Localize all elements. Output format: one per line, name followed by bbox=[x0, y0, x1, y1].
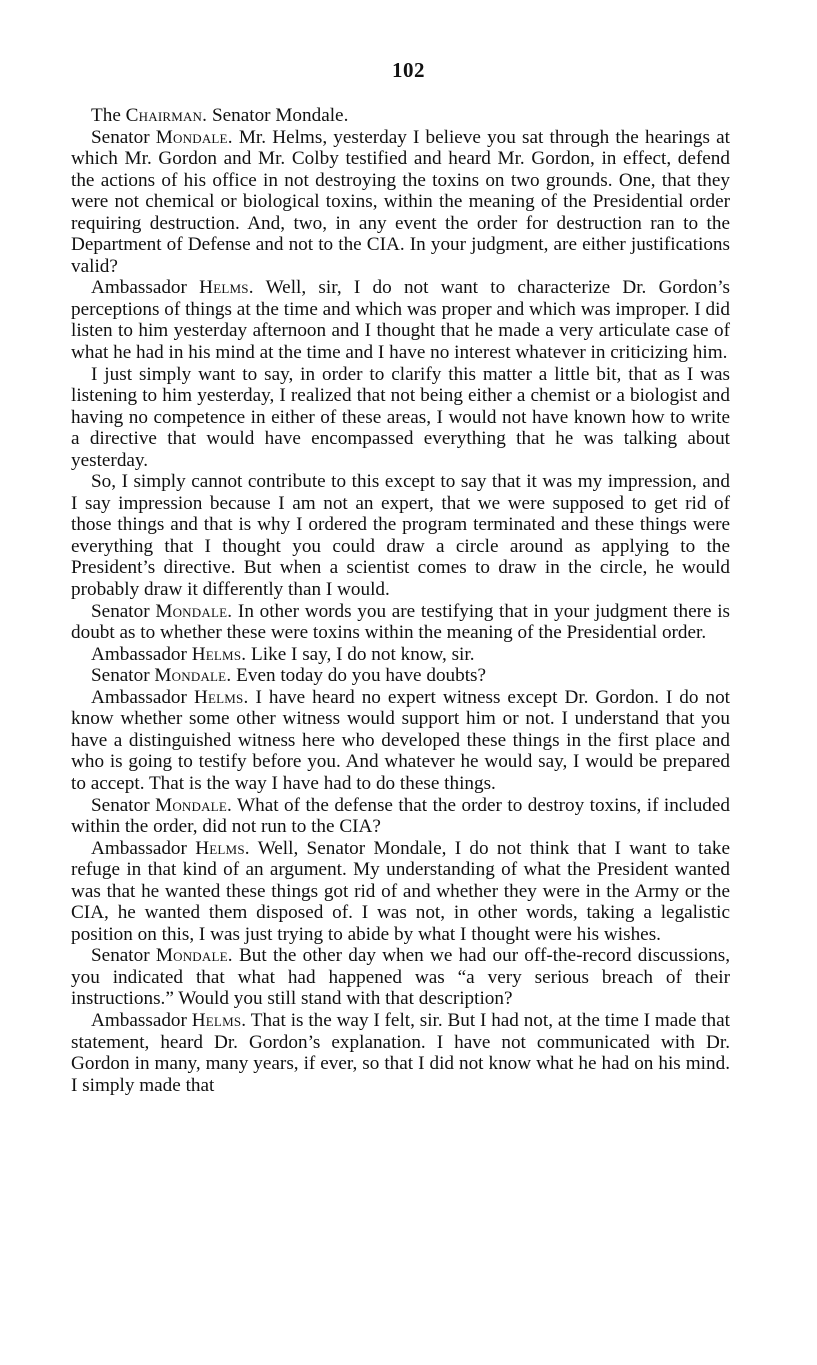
speaker-name: Helms. bbox=[194, 687, 249, 708]
speaker-title: Senator bbox=[91, 945, 150, 966]
paragraph-text: Even today do you have doubts? bbox=[231, 665, 486, 686]
transcript-body: The Chairman. Senator Mondale. Senator M… bbox=[71, 105, 730, 1096]
paragraph-mondale-question-5: Senator Mondale. But the other day when … bbox=[71, 945, 730, 1010]
paragraph-mondale-question-1: Senator Mondale. Mr. Helms, yesterday I … bbox=[71, 127, 730, 278]
paragraph-mondale-question-4: Senator Mondale. What of the defense tha… bbox=[71, 795, 730, 838]
paragraph-mondale-question-2: Senator Mondale. In other words you are … bbox=[71, 601, 730, 644]
paragraph-helms-answer-4: Ambassador Helms. Well, Senator Mondale,… bbox=[71, 838, 730, 946]
speaker-title: Ambassador bbox=[91, 687, 187, 708]
paragraph-helms-continued-2: So, I simply cannot contribute to this e… bbox=[71, 471, 730, 600]
page-number: 102 bbox=[0, 58, 817, 82]
paragraph-helms-answer-3: Ambassador Helms. I have heard no expert… bbox=[71, 687, 730, 795]
speaker-title: Senator bbox=[91, 127, 150, 148]
speaker-title: Ambassador bbox=[91, 277, 187, 298]
paragraph-text: Senator Mondale. bbox=[207, 105, 348, 126]
speaker-title: Senator bbox=[91, 795, 150, 816]
paragraph-helms-answer-1: Ambassador Helms. Well, sir, I do not wa… bbox=[71, 277, 730, 363]
paragraph-text: I just simply want to say, in order to c… bbox=[71, 364, 730, 471]
speaker-name: Mondale. bbox=[155, 795, 232, 816]
speaker-title: Ambassador bbox=[91, 644, 187, 665]
paragraph-helms-answer-5: Ambassador Helms. That is the way I felt… bbox=[71, 1010, 730, 1096]
speaker-title: The bbox=[91, 105, 121, 126]
speaker-name: Mondale. bbox=[154, 665, 231, 686]
speaker-name: Mondale. bbox=[156, 945, 233, 966]
speaker-name: Mondale. bbox=[156, 127, 233, 148]
paragraph-helms-answer-2: Ambassador Helms. Like I say, I do not k… bbox=[71, 644, 730, 666]
paragraph-mondale-question-3: Senator Mondale. Even today do you have … bbox=[71, 665, 730, 687]
paragraph-chairman-intro: The Chairman. Senator Mondale. bbox=[71, 105, 730, 127]
paragraph-text: Like I say, I do not know, sir. bbox=[246, 644, 474, 665]
speaker-title: Ambassador bbox=[91, 838, 187, 859]
speaker-name: Mondale. bbox=[155, 601, 232, 622]
speaker-title: Ambassador bbox=[91, 1010, 187, 1031]
paragraph-helms-continued-1: I just simply want to say, in order to c… bbox=[71, 364, 730, 472]
speaker-name: Helms. bbox=[199, 277, 254, 298]
document-page: 102 The Chairman. Senator Mondale. Senat… bbox=[0, 0, 817, 1365]
paragraph-text: So, I simply cannot contribute to this e… bbox=[71, 471, 730, 600]
speaker-name: Chairman. bbox=[126, 105, 208, 126]
speaker-name: Helms. bbox=[192, 644, 247, 665]
speaker-name: Helms. bbox=[195, 838, 250, 859]
paragraph-text: Mr. Helms, yesterday I believe you sat t… bbox=[71, 127, 730, 277]
speaker-title: Senator bbox=[91, 601, 150, 622]
speaker-name: Helms. bbox=[192, 1010, 247, 1031]
speaker-title: Senator bbox=[91, 665, 150, 686]
